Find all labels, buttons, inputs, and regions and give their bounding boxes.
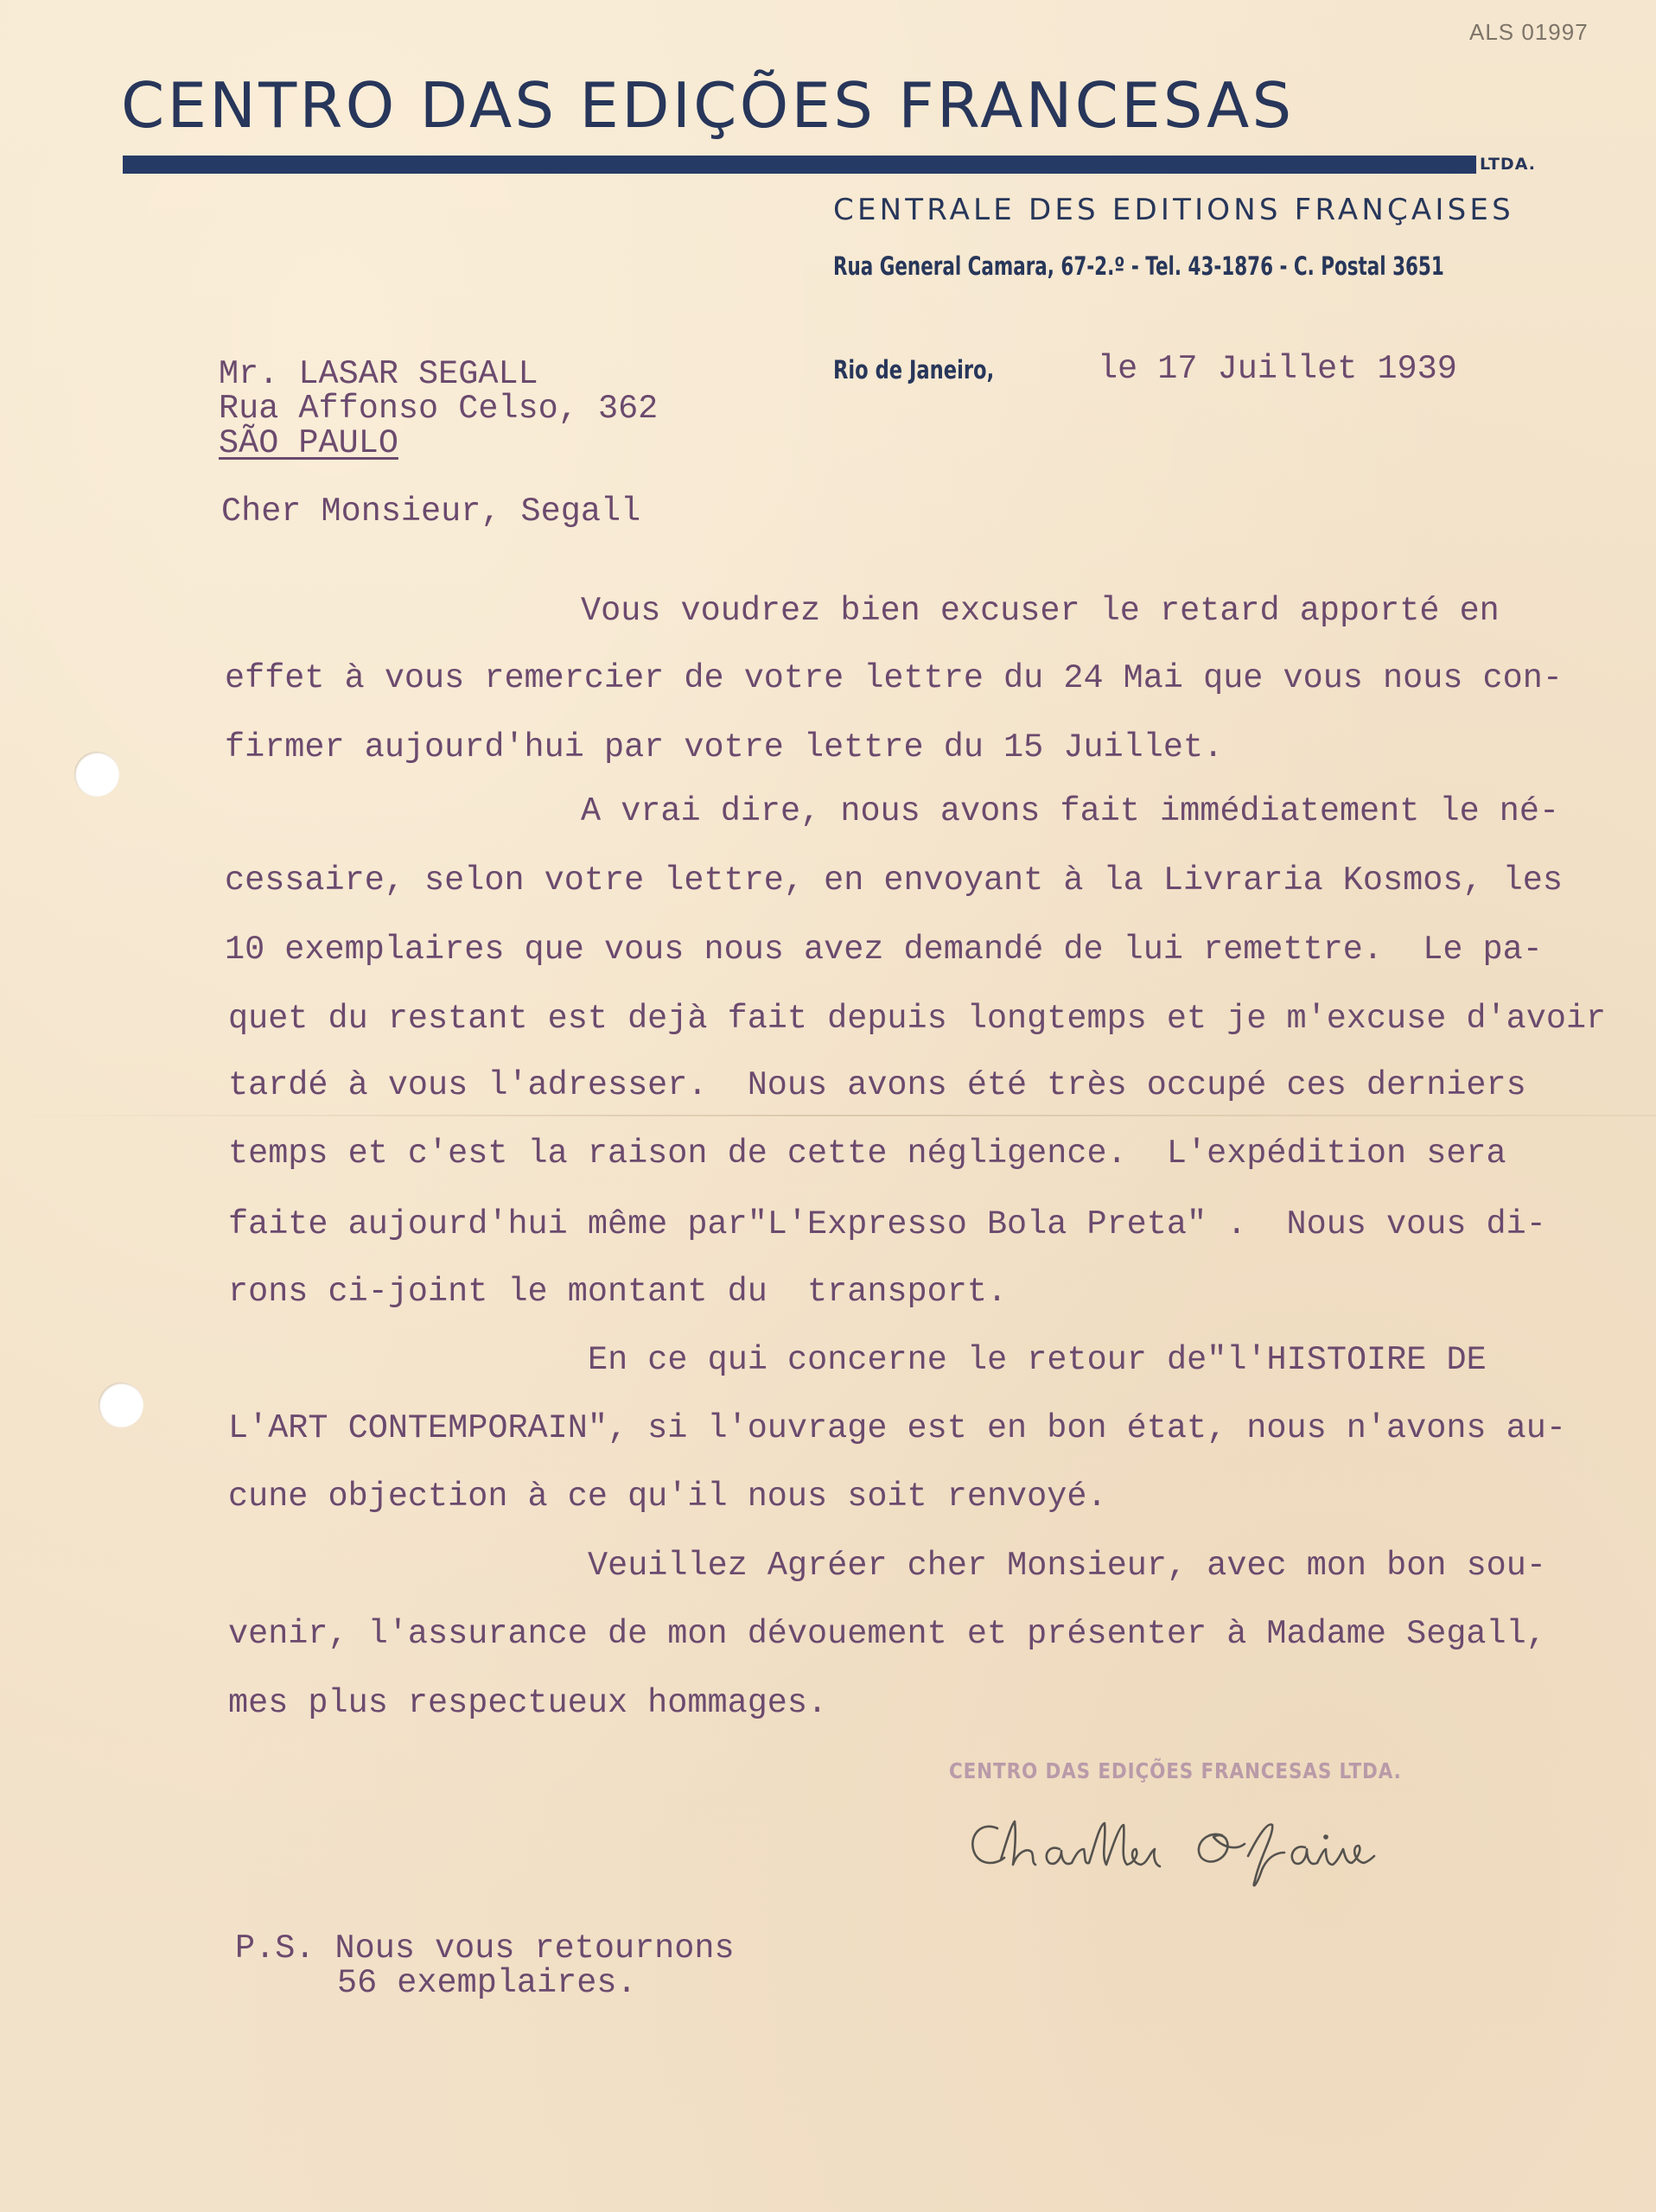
body-line: Veuillez Agréer cher Monsieur, avec mon … bbox=[588, 1549, 1546, 1583]
body-line: L'ART CONTEMPORAIN", si l'ouvrage est en… bbox=[228, 1412, 1566, 1446]
body-line: cune objection à ce qu'il nous soit renv… bbox=[228, 1480, 1107, 1514]
archive-reference: ALS 01997 bbox=[1469, 19, 1589, 46]
body-line: rons ci-joint le montant du transport. bbox=[228, 1275, 1007, 1309]
body-line: temps et c'est la raison de cette néglig… bbox=[228, 1137, 1506, 1171]
body-line: A vrai dire, nous avons fait immédiateme… bbox=[581, 795, 1559, 829]
letterhead-city: Rio de Janeiro, bbox=[833, 358, 994, 383]
letter-date: le 17 Juillet 1939 bbox=[1098, 353, 1457, 386]
recipient-street: Rua Affonso Celso, 362 bbox=[219, 392, 658, 426]
body-line: effet à vous remercier de votre lettre d… bbox=[225, 662, 1563, 696]
body-line: firmer aujourd'hui par votre lettre du 1… bbox=[225, 731, 1223, 765]
body-line: mes plus respectueux hommages. bbox=[228, 1687, 827, 1720]
letterhead-address: Rua General Camara, 67-2.º - Tel. 43-187… bbox=[833, 254, 1444, 279]
body-line: quet du restant est dejà fait depuis lon… bbox=[228, 1002, 1606, 1036]
body-line: venir, l'assurance de mon dévouement et … bbox=[228, 1618, 1546, 1651]
recipient-name: Mr. LASAR SEGALL bbox=[219, 358, 538, 391]
recipient-city: SÃO PAULO bbox=[219, 427, 398, 461]
letterhead-ltda: LTDA. bbox=[1480, 155, 1536, 174]
letterhead-company-name: CENTRO DAS EDIÇÕES FRANCESAS bbox=[121, 74, 1294, 137]
letterhead-rule bbox=[123, 156, 1476, 174]
punch-hole-bottom bbox=[99, 1382, 143, 1427]
postscript-line-1: P.S. Nous vous retournons bbox=[235, 1932, 735, 1966]
paper-fold-line bbox=[0, 1115, 1656, 1116]
body-line: Vous voudrez bien excuser le retard appo… bbox=[581, 594, 1500, 628]
salutation: Cher Monsieur, Segall bbox=[221, 495, 640, 529]
punch-hole-top bbox=[74, 752, 119, 797]
body-line: cessaire, selon votre lettre, en envoyan… bbox=[225, 864, 1563, 898]
body-line: faite aujourd'hui même par"L'Expresso Bo… bbox=[228, 1208, 1546, 1242]
body-line: 10 exemplaires que vous nous avez demand… bbox=[225, 933, 1543, 967]
letterhead-subtitle: CENTRALE DES EDITIONS FRANÇAISES bbox=[833, 195, 1514, 225]
body-line: tardé à vous l'adresser. Nous avons été … bbox=[228, 1069, 1526, 1103]
postscript-line-2: 56 exemplaires. bbox=[337, 1967, 637, 2000]
body-line: En ce qui concerne le retour de"l'HISTOI… bbox=[588, 1344, 1487, 1377]
handwritten-signature bbox=[946, 1780, 1482, 1875]
